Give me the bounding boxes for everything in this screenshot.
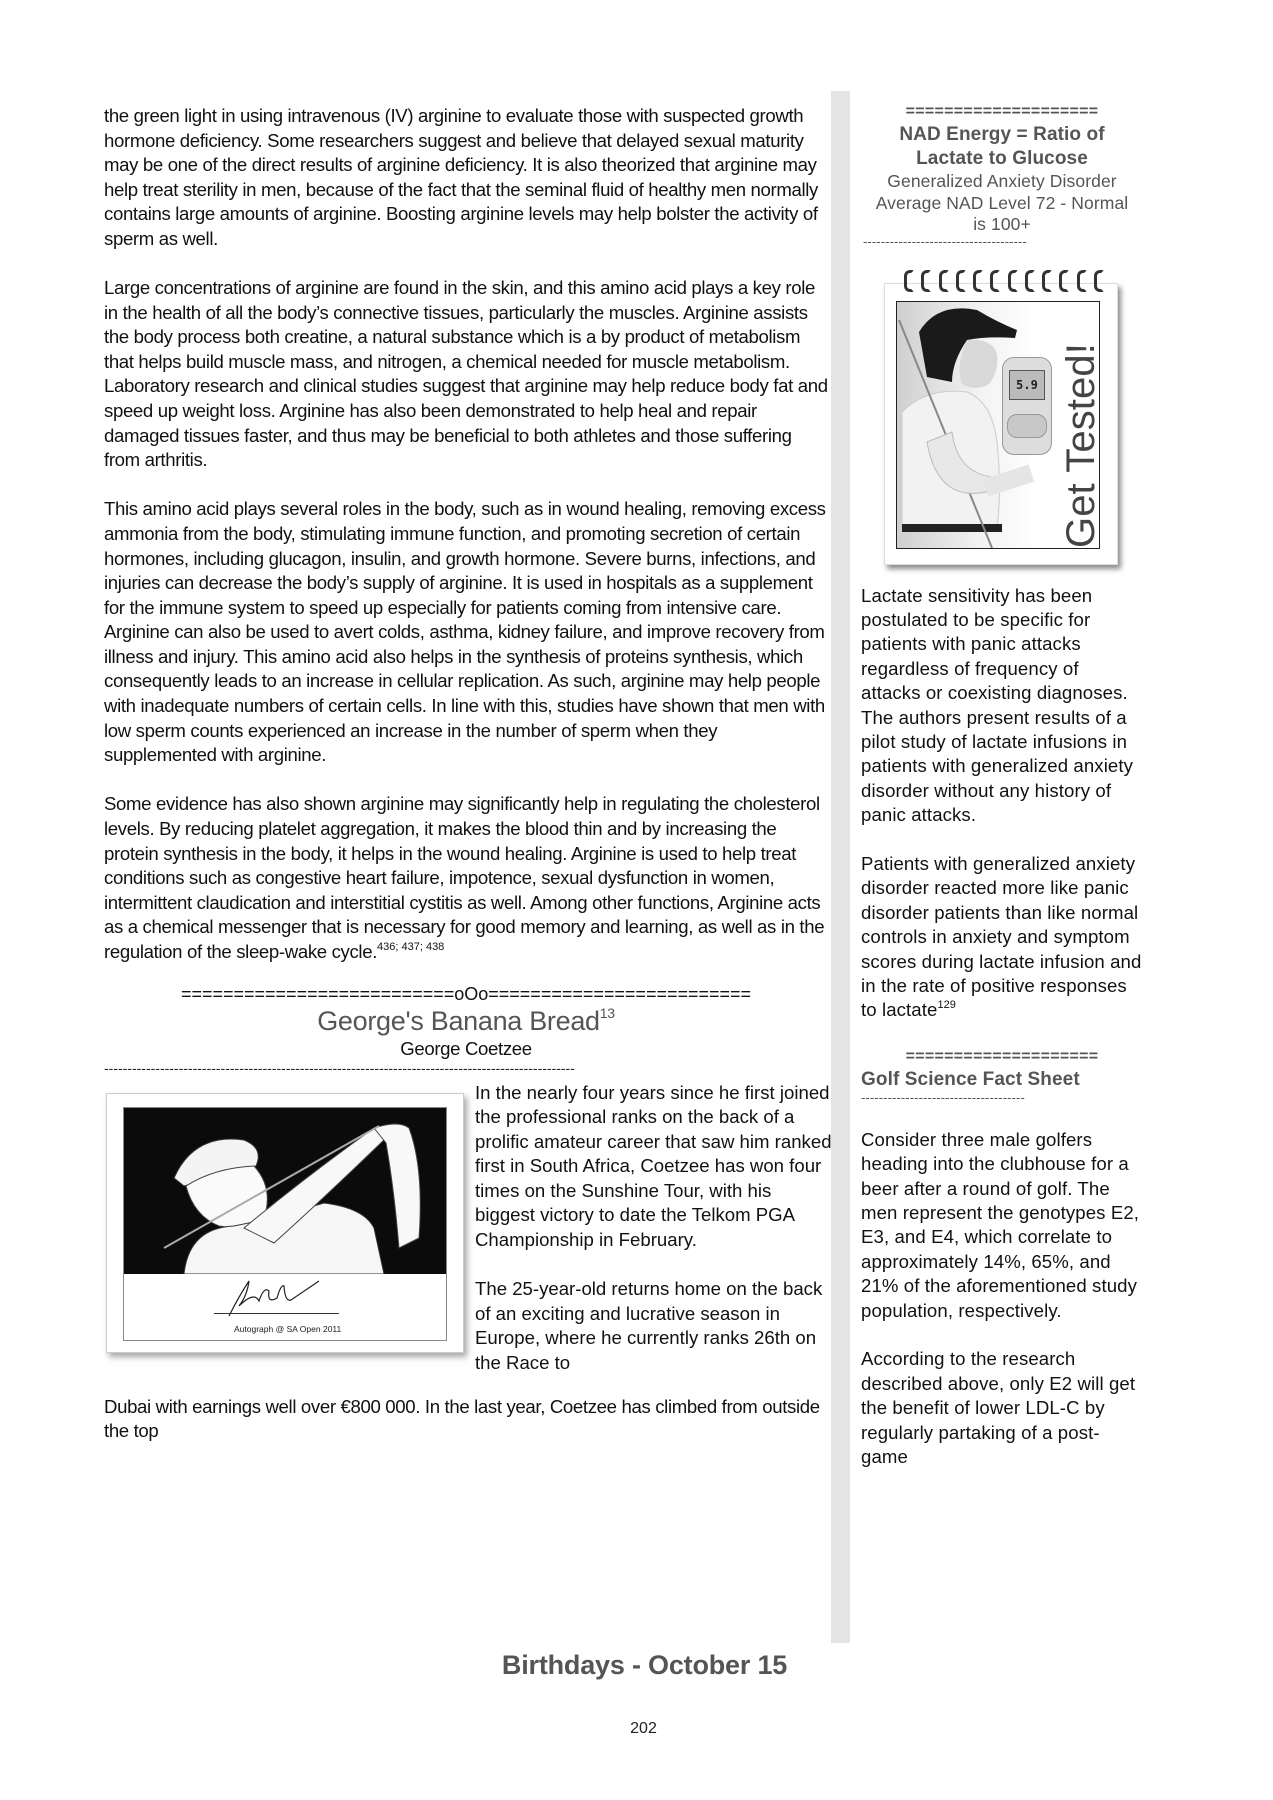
birthdays-heading: Birthdays - October 15	[0, 1650, 1273, 1681]
sidebar-divider-bar	[831, 91, 850, 1643]
autograph-signature	[219, 1276, 329, 1321]
photo-frame: Autograph @ SA Open 2011	[123, 1107, 447, 1341]
nad-energy-title: NAD Energy = Ratio of Lactate to Glucose	[861, 123, 1143, 171]
get-tested-text: Get Tested!	[1059, 302, 1100, 548]
paragraph-arginine-intro: the green light in using intravenous (IV…	[104, 104, 828, 252]
citation-refs: 436; 437; 438	[377, 941, 444, 953]
glucose-meter-image: 5.9	[1002, 357, 1052, 455]
citation-ref: 129	[937, 999, 955, 1011]
golfer-bio: In the nearly four years since he first …	[475, 1081, 835, 1376]
golfer-woman-photo: 5.9 Get Tested!	[896, 301, 1100, 549]
main-column: the green light in using intravenous (IV…	[104, 104, 828, 1444]
meter-display: 5.9	[1009, 370, 1045, 400]
golf-science-title: Golf Science Fact Sheet	[861, 1068, 1143, 1092]
sidebar-eq-separator: ====================	[861, 104, 1143, 120]
page-number: 202	[0, 1720, 1273, 1738]
golfer-sketch-image	[124, 1108, 446, 1274]
photo-caption: Autograph @ SA Open 2011	[234, 1317, 341, 1342]
sidebar-dash-separator: -------------------------------------	[863, 236, 1128, 248]
lactate-sensitivity-paragraph: Lactate sensitivity has been postulated …	[861, 584, 1143, 828]
golf-fact-paragraph-2: According to the research described abov…	[861, 1347, 1143, 1469]
golf-fact-paragraph-1: Consider three male golfers heading into…	[861, 1128, 1143, 1323]
golfer-bio-continuation: Dubai with earnings well over €800 000. …	[104, 1395, 828, 1444]
paragraph-arginine-cholesterol: Some evidence has also shown arginine ma…	[104, 792, 828, 964]
dash-separator: ----------------------------------------…	[104, 1061, 804, 1075]
spiral-rings-icon	[904, 270, 1104, 296]
paragraph-text: Some evidence has also shown arginine ma…	[104, 793, 824, 962]
get-tested-ad: 5.9 Get Tested!	[884, 270, 1120, 566]
recipe-title-text: George's Banana Bread	[317, 1006, 600, 1036]
paragraph-arginine-roles: This amino acid plays several roles in t…	[104, 497, 828, 768]
paragraph-text: Patients with generalized anxiety disord…	[861, 853, 1141, 1020]
golfer-swing-illustration	[124, 1108, 446, 1274]
golfer-bio-paragraph-2: The 25-year-old returns home on the back…	[475, 1277, 835, 1375]
sidebar-dash-separator-2: -------------------------------------	[861, 1092, 1126, 1104]
golfer-bio-paragraph-1: In the nearly four years since he first …	[475, 1081, 835, 1253]
gad-response-paragraph: Patients with generalized anxiety disord…	[861, 852, 1143, 1023]
signature-line	[214, 1313, 339, 1314]
birthdays-heading-text: Birthdays - October 15	[502, 1650, 787, 1680]
recipe-title-ref: 13	[600, 1005, 615, 1021]
sidebar: ==================== NAD Energy = Ratio …	[861, 104, 1143, 1494]
recipe-title: George's Banana Bread13	[104, 1005, 828, 1037]
sidebar-eq-separator-2: ====================	[861, 1049, 1143, 1065]
nad-energy-subtitle: Generalized Anxiety Disorder Average NAD…	[861, 171, 1143, 236]
recipe-author: George Coetzee	[104, 1037, 828, 1061]
golfer-autograph-photo: Autograph @ SA Open 2011	[106, 1093, 464, 1353]
golfer-block: Autograph @ SA Open 2011 In the nearly f…	[104, 1081, 828, 1399]
section-separator: ==========================oOo===========…	[104, 983, 828, 1005]
paragraph-arginine-skin: Large concentrations of arginine are fou…	[104, 276, 828, 473]
